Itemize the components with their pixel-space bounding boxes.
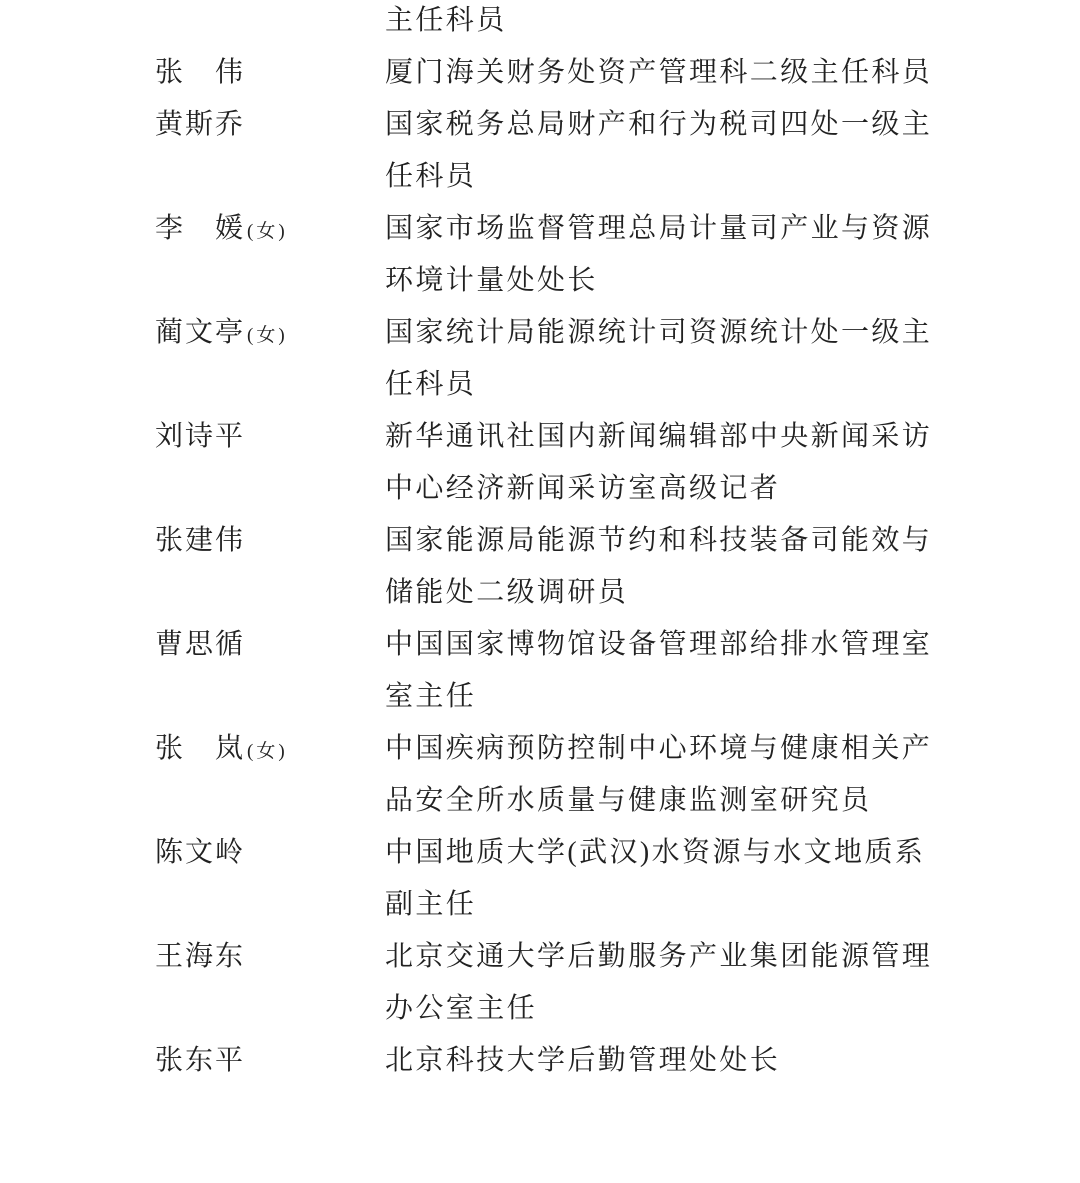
position-line: 北京科技大学后勤管理处处长 <box>385 1035 945 1087</box>
list-item: 曹思循中国国家博物馆设备管理部给排水管理室室主任 <box>155 619 945 723</box>
person-name-cell: 蔺文亭(女) <box>155 307 385 362</box>
person-position-cell: 国家统计局能源统计司资源统计处一级主任科员 <box>385 307 945 411</box>
position-line: 任科员 <box>385 359 945 411</box>
person-position-cell: 新华通讯社国内新闻编辑部中央新闻采访中心经济新闻采访室高级记者 <box>385 411 945 515</box>
list-item: 王海东北京交通大学后勤服务产业集团能源管理办公室主任 <box>155 931 945 1035</box>
list-item: 黄斯乔国家税务总局财产和行为税司四处一级主任科员 <box>155 99 945 203</box>
person-name-cell: 曹思循 <box>155 619 385 671</box>
person-name-cell: 王海东 <box>155 931 385 983</box>
position-line: 国家能源局能源节约和科技装备司能效与 <box>385 515 945 567</box>
person-position-cell: 中国国家博物馆设备管理部给排水管理室室主任 <box>385 619 945 723</box>
position-line: 主任科员 <box>385 0 945 47</box>
document-page: 主任科员张 伟厦门海关财务处资产管理科二级主任科员黄斯乔国家税务总局财产和行为税… <box>0 0 1080 1183</box>
position-line: 储能处二级调研员 <box>385 567 945 619</box>
person-position-cell: 国家市场监督管理总局计量司产业与资源环境计量处处长 <box>385 203 945 307</box>
gender-note: (女) <box>247 325 288 346</box>
person-name: 蔺文亭 <box>155 317 245 348</box>
person-name-cell: 黄斯乔 <box>155 99 385 151</box>
person-position-cell: 北京交通大学后勤服务产业集团能源管理办公室主任 <box>385 931 945 1035</box>
list-item: 陈文岭中国地质大学(武汉)水资源与水文地质系副主任 <box>155 827 945 931</box>
person-position-cell: 国家能源局能源节约和科技装备司能效与储能处二级调研员 <box>385 515 945 619</box>
position-line: 品安全所水质量与健康监测室研究员 <box>385 775 945 827</box>
person-name-cell: 刘诗平 <box>155 411 385 463</box>
position-line: 中国疾病预防控制中心环境与健康相关产 <box>385 723 945 775</box>
list-item: 主任科员 <box>155 0 945 47</box>
position-line: 北京交通大学后勤服务产业集团能源管理 <box>385 931 945 983</box>
person-name: 王海东 <box>155 941 245 972</box>
person-position-cell: 中国疾病预防控制中心环境与健康相关产品安全所水质量与健康监测室研究员 <box>385 723 945 827</box>
position-line: 国家统计局能源统计司资源统计处一级主 <box>385 307 945 359</box>
person-position-cell: 厦门海关财务处资产管理科二级主任科员 <box>385 47 945 99</box>
list-item: 刘诗平新华通讯社国内新闻编辑部中央新闻采访中心经济新闻采访室高级记者 <box>155 411 945 515</box>
gender-note: (女) <box>247 221 288 242</box>
person-position-cell: 北京科技大学后勤管理处处长 <box>385 1035 945 1087</box>
person-name: 张 岚 <box>155 733 245 764</box>
person-position-cell: 主任科员 <box>385 0 945 47</box>
person-name: 张建伟 <box>155 525 245 556</box>
list-item: 李 媛(女)国家市场监督管理总局计量司产业与资源环境计量处处长 <box>155 203 945 307</box>
position-line: 副主任 <box>385 879 945 931</box>
person-position-cell: 国家税务总局财产和行为税司四处一级主任科员 <box>385 99 945 203</box>
person-name-cell: 张建伟 <box>155 515 385 567</box>
list-item: 蔺文亭(女)国家统计局能源统计司资源统计处一级主任科员 <box>155 307 945 411</box>
recipients-list: 主任科员张 伟厦门海关财务处资产管理科二级主任科员黄斯乔国家税务总局财产和行为税… <box>155 0 945 1087</box>
list-item: 张建伟国家能源局能源节约和科技装备司能效与储能处二级调研员 <box>155 515 945 619</box>
person-name-cell: 张东平 <box>155 1035 385 1087</box>
gender-note: (女) <box>247 741 288 762</box>
position-line: 国家税务总局财产和行为税司四处一级主 <box>385 99 945 151</box>
person-name: 陈文岭 <box>155 837 245 868</box>
position-line: 中国地质大学(武汉)水资源与水文地质系 <box>385 827 945 879</box>
position-line: 环境计量处处长 <box>385 255 945 307</box>
person-name: 李 媛 <box>155 213 245 244</box>
person-position-cell: 中国地质大学(武汉)水资源与水文地质系副主任 <box>385 827 945 931</box>
person-name: 曹思循 <box>155 629 245 660</box>
position-line: 室主任 <box>385 671 945 723</box>
person-name-cell: 陈文岭 <box>155 827 385 879</box>
position-line: 中心经济新闻采访室高级记者 <box>385 463 945 515</box>
position-line: 新华通讯社国内新闻编辑部中央新闻采访 <box>385 411 945 463</box>
person-name: 刘诗平 <box>155 421 245 452</box>
position-line: 办公室主任 <box>385 983 945 1035</box>
list-item: 张东平北京科技大学后勤管理处处长 <box>155 1035 945 1087</box>
person-name: 张 伟 <box>155 57 245 88</box>
person-name: 黄斯乔 <box>155 109 245 140</box>
person-name: 张东平 <box>155 1045 245 1076</box>
position-line: 中国国家博物馆设备管理部给排水管理室 <box>385 619 945 671</box>
position-line: 国家市场监督管理总局计量司产业与资源 <box>385 203 945 255</box>
position-line: 任科员 <box>385 151 945 203</box>
position-line: 厦门海关财务处资产管理科二级主任科员 <box>385 47 945 99</box>
person-name-cell: 张 岚(女) <box>155 723 385 778</box>
person-name-cell: 张 伟 <box>155 47 385 99</box>
list-item: 张 伟厦门海关财务处资产管理科二级主任科员 <box>155 47 945 99</box>
list-item: 张 岚(女)中国疾病预防控制中心环境与健康相关产品安全所水质量与健康监测室研究员 <box>155 723 945 827</box>
person-name-cell: 李 媛(女) <box>155 203 385 258</box>
